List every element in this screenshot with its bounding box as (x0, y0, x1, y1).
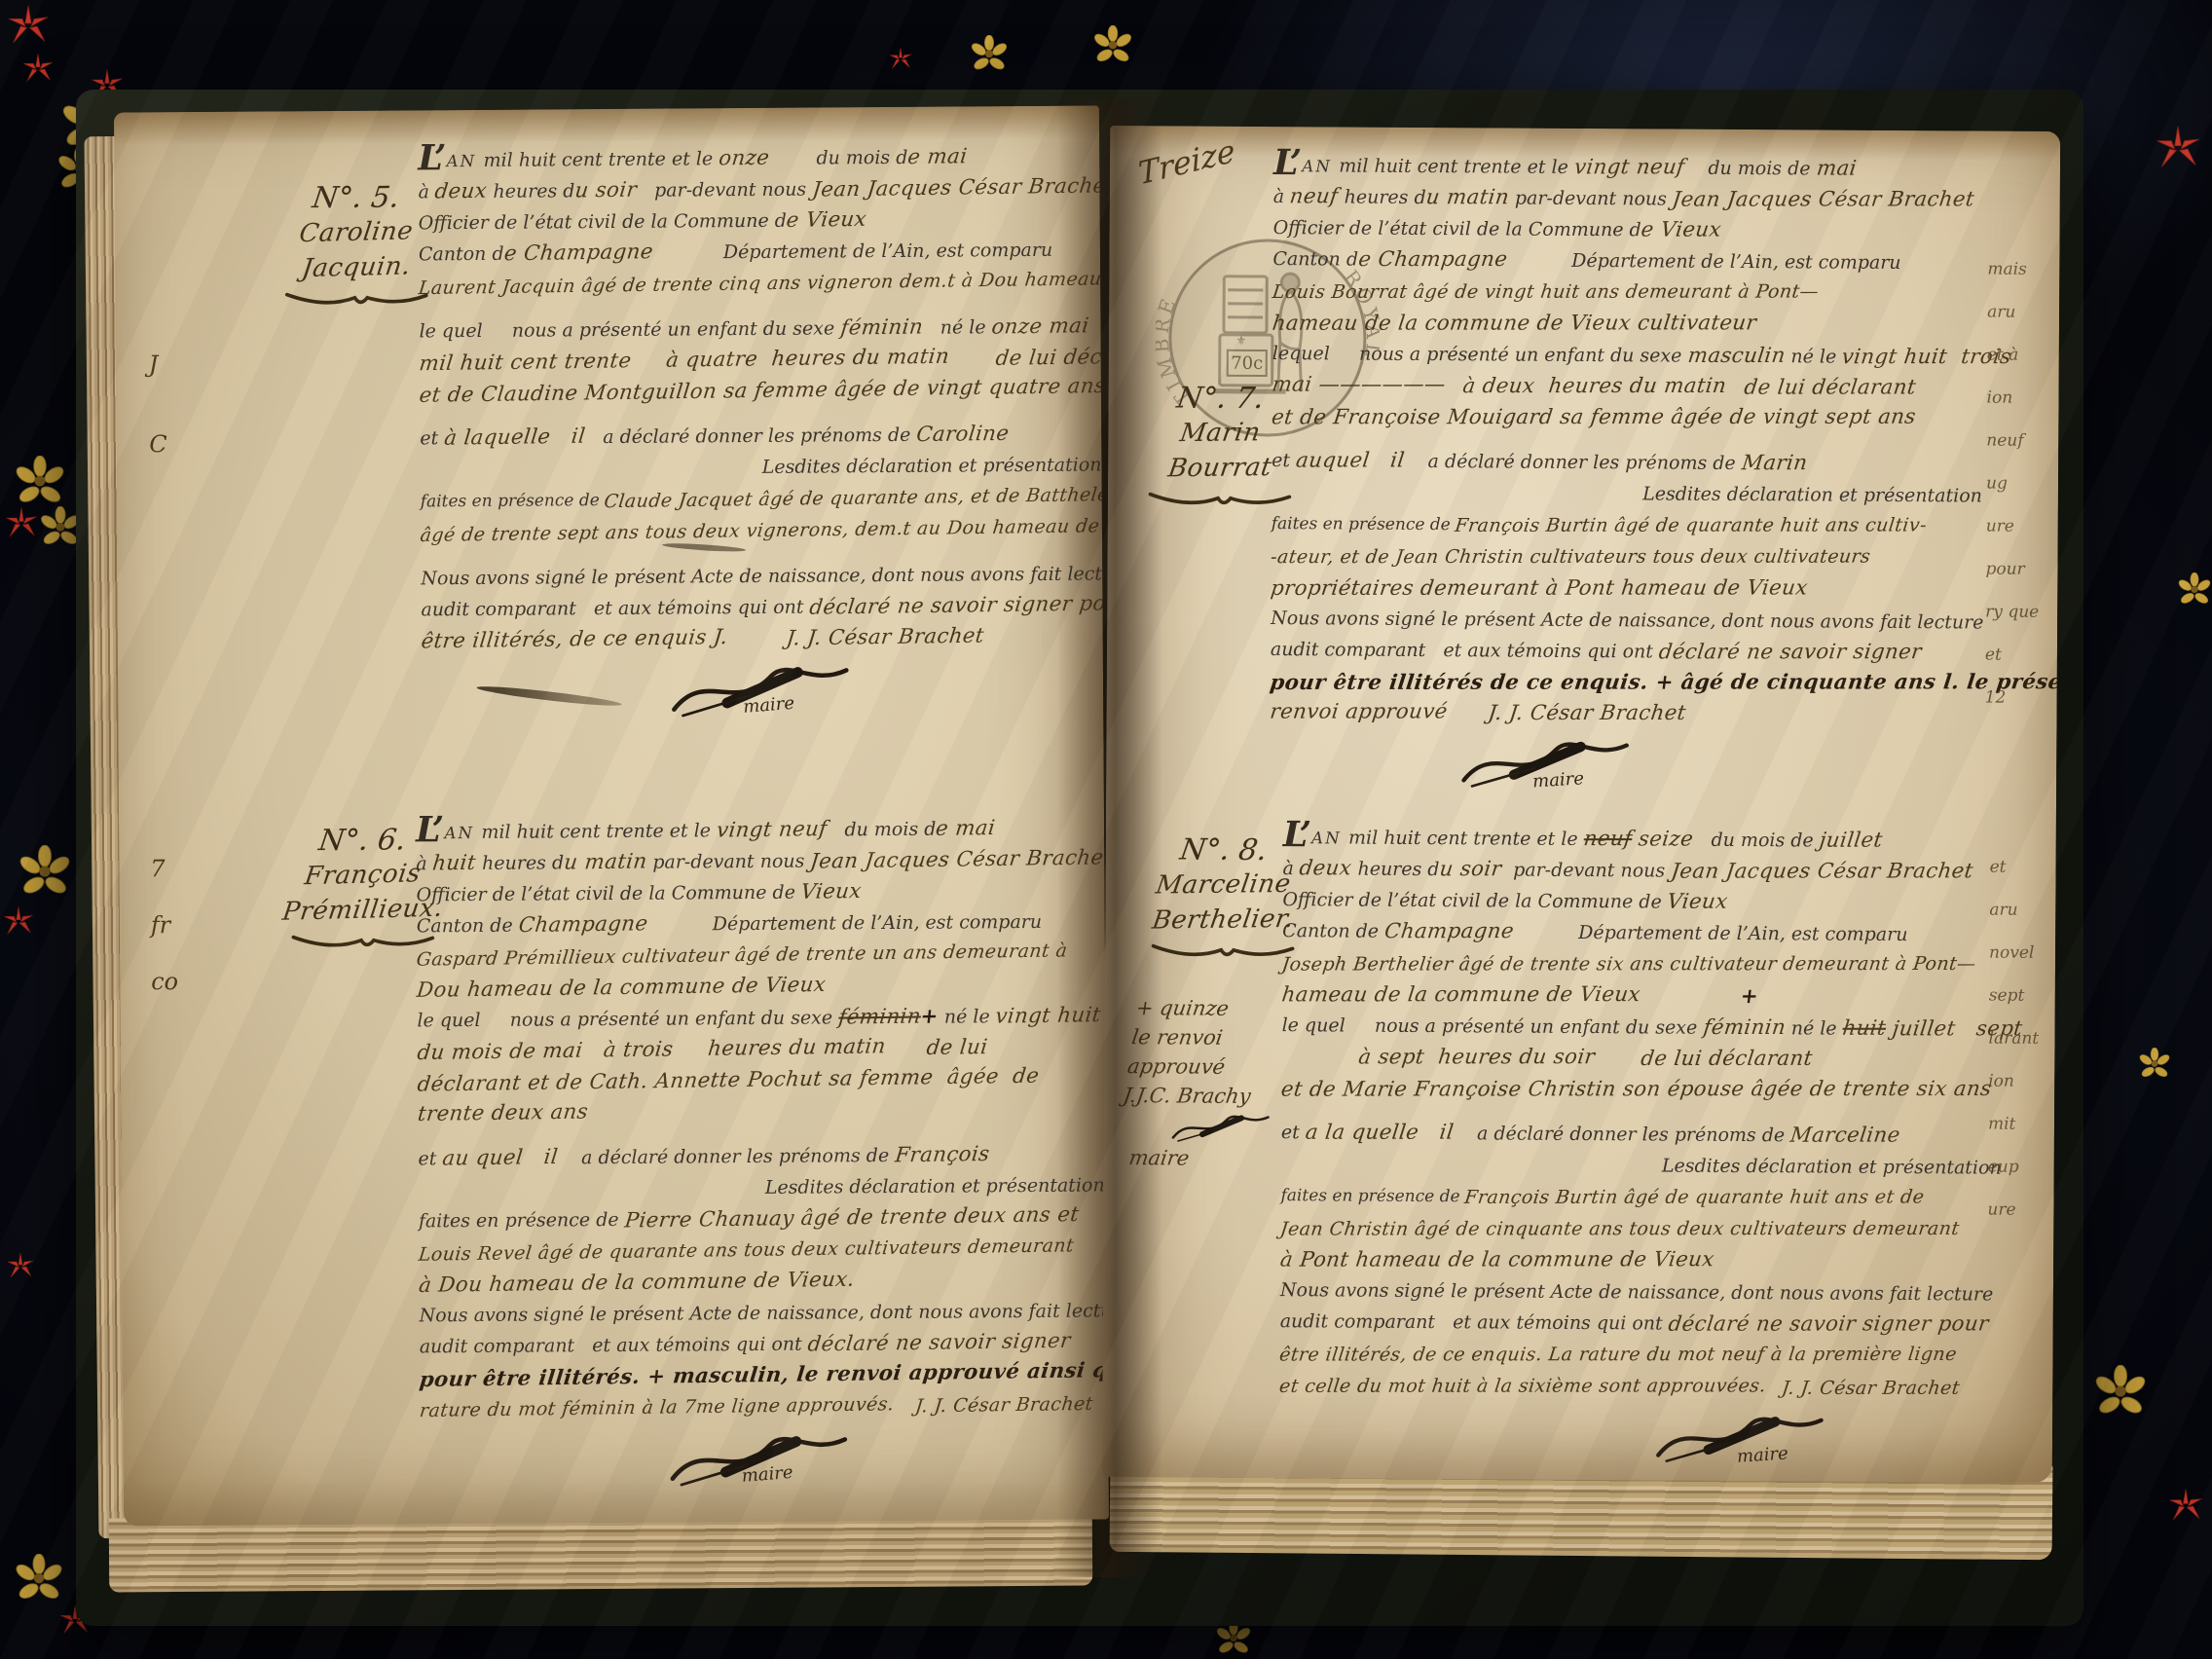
printed-text: et (418, 1148, 442, 1169)
printed-text: Département de l’Ain, est comparu (647, 911, 1042, 936)
text-line: Joseph Berthelier âgé de trente six ans … (1282, 946, 2003, 983)
embroidered-red-flower (2154, 125, 2202, 173)
list-item: aru (1989, 889, 2053, 932)
list-item: aru (1987, 291, 2057, 334)
handwritten-text: Caroline (915, 419, 1012, 451)
embroidered-gold-flower (14, 456, 66, 508)
handwritten-text: e mai (935, 813, 998, 845)
text-line: Lesdites déclaration et présentation (1281, 1148, 2002, 1184)
printed-text: faites en présence de (421, 491, 606, 511)
text-line: Louis Revel âgé de quarante ans tous deu… (419, 1232, 1105, 1269)
printed-text: AN (1302, 156, 1339, 175)
handwritten-text: Louis Revel âgé de quarante ans tous deu… (417, 1230, 1076, 1270)
printed-text: du mois de (1684, 158, 1817, 180)
text-line: Nous avons signé le présent Acte de nais… (1271, 603, 1981, 638)
printed-text: et (420, 427, 444, 449)
handwritten-text: au quel il (441, 1142, 560, 1175)
printed-text: par-devant nous (646, 851, 810, 873)
list-item: ure (1986, 505, 2056, 548)
handwritten-text: féminin (1701, 1013, 1787, 1044)
text-line: L’AN mil huit cent trente et le neuf sei… (1283, 822, 2004, 858)
handwritten-text: Jean Jacques César Brachet (1669, 856, 1974, 887)
handwritten-text: Jean Christin âgé de cinquante ans tous … (1278, 1213, 1961, 1245)
text-line: pour être illitérés. + masculin, le renv… (420, 1357, 1106, 1393)
printed-text: L’ (1283, 813, 1312, 855)
text-line: audit comparant et aux témoins qui ont d… (1280, 1306, 2001, 1342)
printed-text: du mois d (827, 819, 936, 841)
embroidered-red-flower (2, 905, 35, 939)
handwritten-text: propriétaires demeurant à Pont hameau de… (1269, 573, 1809, 605)
text-line: être illitérés, de ce enquis. La rature … (1279, 1337, 2000, 1374)
printed-text (1726, 377, 1744, 398)
handwritten-text: vingt neuf (1572, 152, 1686, 183)
handwritten-text: e Champagne (502, 237, 654, 270)
act5-signature: maire (422, 657, 1103, 726)
svg-text:⚜: ⚜ (1235, 334, 1246, 348)
printed-text: du mois de (1693, 829, 1819, 852)
embroidered-gold-flower (18, 845, 72, 900)
printed-text (727, 628, 787, 649)
text-line: et à laquelle il a déclaré donner les pr… (420, 418, 1101, 454)
margin-flourish (283, 286, 429, 309)
printed-text: a déclaré donner les prénoms de (558, 1145, 895, 1168)
printed-text: et (1272, 450, 1296, 471)
printed-text: Officier de l’état civil de la Commune d (1273, 217, 1641, 240)
text-line: Lesdites déclaration et présentation (1272, 476, 1982, 511)
handwritten-text: trente deux ans (416, 1097, 589, 1130)
printed-text: du mois d (769, 147, 907, 169)
signature-title: maire (1736, 1443, 1788, 1466)
printed-text: faites en présence de (1280, 1186, 1465, 1206)
printed-text: Département de l’Ain, est comparu (1507, 250, 1901, 274)
handwritten-text: e mai (906, 141, 970, 173)
printed-text: audit comparant et aux témoins qui ont (421, 597, 809, 621)
text-line: Officier de l’état civil de la Commune d… (1273, 212, 1984, 247)
handwritten-text: âgé de trente sept ans tous deux vignero… (419, 509, 1109, 551)
handwritten-text: u matin (562, 846, 648, 878)
embroidered-gold-flower (14, 1554, 64, 1604)
text-line: lequel nous a présenté un enfant du sexe… (1272, 338, 1983, 373)
printed-text: a déclaré donner les prénoms de (1454, 1123, 1790, 1146)
text-line: et de Claudine Montguillon sa femme âgée… (420, 373, 1101, 409)
handwritten-text: mai —————— (1271, 370, 1448, 401)
printed-text: lequel nous a présenté un enfant du sexe (1272, 343, 1688, 367)
text-line: Canton de Champagne Département de l’Ain… (1282, 915, 2003, 951)
embroidered-red-flower (2167, 1488, 2204, 1525)
act6-side-marks: 7frco (150, 840, 178, 1010)
printed-text: L’ (1273, 141, 1303, 183)
handwritten-text: seize (1630, 824, 1695, 855)
printed-text: le quel nous a présenté un enfant du sex… (417, 1007, 838, 1031)
handwritten-text: u soir (1438, 854, 1504, 885)
handwritten-text: deux (1298, 853, 1353, 884)
printed-text: Lesdites déclaration et présentation (762, 454, 1102, 477)
list-item: novel (1989, 932, 2053, 975)
handwritten-text: deux (433, 176, 489, 208)
list-item: sept (1989, 975, 2053, 1017)
list-item: co (151, 953, 178, 1010)
act5-side-marks: JC (148, 324, 167, 484)
text-line: Gaspard Prémillieux cultivateur âgé de t… (417, 937, 1103, 974)
embroidered-gold-flower (970, 35, 1009, 74)
list-item: ry que (1985, 591, 2055, 634)
list-item: et à (1987, 334, 2057, 377)
act7-lines: L’AN mil huit cent trente et le vingt ne… (1270, 150, 1984, 731)
text-line: Louis Bourrat âgé de vingt huit ans deme… (1272, 275, 1983, 311)
printed-text: Lesdites déclaration et présentation (765, 1174, 1105, 1198)
handwritten-text: onze mai (990, 311, 1090, 343)
text-line: le quel nous a présenté un enfant du sex… (419, 311, 1100, 347)
handwritten-text: Louis Bourrat âgé de vingt huit ans deme… (1271, 276, 1821, 308)
printed-text (1641, 985, 1741, 1008)
embroidered-gold-flower (2093, 1365, 2148, 1419)
text-line: Canton de Champagne Département de l’Ain… (1272, 243, 1983, 278)
text-line: à huit heures du matin par-devant nous J… (416, 843, 1102, 879)
printed-text: mil huit cent trente et le (481, 820, 717, 843)
act8-body: L’AN mil huit cent trente et le neuf sei… (1279, 822, 2004, 1476)
handwritten-text: Marceline (1788, 1121, 1902, 1152)
text-line: audit comparant et aux témoins qui ont d… (1271, 634, 1981, 669)
list-item: ug (1986, 462, 2056, 505)
text-line: Officier de l’état civil de la Commune d… (419, 203, 1100, 239)
handwritten-text: François (893, 1139, 990, 1171)
printed-text (894, 1397, 915, 1417)
handwritten-text: J. J. César Brachet (1487, 698, 1688, 729)
handwritten-text: auquel il (1294, 446, 1406, 477)
text-line: déclarant et de Cath. Annette Pochut sa … (418, 1062, 1104, 1098)
handwritten-text: à Dou hameau de la commune de Vieux. (417, 1265, 856, 1302)
handwritten-text: + (919, 1002, 940, 1033)
printed-text: à (1283, 858, 1301, 879)
text-line: le quel nous a présenté un enfant du sex… (1282, 1010, 2003, 1046)
handwritten-text: à sept heures du soir (1356, 1042, 1597, 1073)
list-item: fr (151, 897, 178, 953)
handwritten-text: e Vieux (1640, 215, 1723, 246)
handwritten-text: Champagne (1382, 916, 1516, 947)
printed-text: Canton de (417, 915, 519, 938)
text-line: L’AN mil huit cent trente et le vingt ne… (416, 812, 1102, 848)
text-line: trente deux ans (418, 1093, 1104, 1129)
handwritten-text: à Pont hameau de la commune de Vieux (1278, 1244, 1716, 1275)
list-item: mais (1987, 248, 2057, 291)
printed-text: heures d (1339, 186, 1426, 208)
printed-text (1281, 1046, 1358, 1067)
handwritten-text: Jean Jacques César Brachet (1671, 184, 1976, 215)
printed-text (1766, 1379, 1782, 1398)
printed-text: AN (444, 823, 481, 842)
text-line: hameau de la commune de Vieux cultivateu… (1272, 307, 1983, 342)
handwritten-text: J. J. César Brachet (913, 1388, 1094, 1422)
handwritten-text: et de Marie Françoise Christin son épous… (1279, 1074, 1993, 1106)
act6-body: L’AN mil huit cent trente et le vingt ne… (416, 812, 1107, 1495)
embroidered-red-flower (6, 4, 51, 49)
handwritten-text: à deux heures du matin (1461, 371, 1729, 402)
handwritten-text: déclaré ne savoir signer (1657, 637, 1924, 668)
signature-title: maire (741, 1462, 793, 1487)
printed-text: heures d (1351, 859, 1439, 881)
list-item: J (148, 324, 166, 404)
list-item: 12 (1985, 677, 2055, 719)
text-line: L’AN mil huit cent trente et le onze du … (418, 140, 1099, 176)
printed-text: Nous avons signé le présent Acte de nais… (420, 1300, 1110, 1326)
embroidered-gold-flower (2177, 572, 2212, 608)
handwritten-text: renvoi approuvé (1269, 697, 1450, 728)
signature-title: maire (1532, 768, 1585, 792)
printed-text: a déclaré donner les prénoms de (585, 424, 916, 448)
margin-signature-flourish (1168, 1110, 1275, 1146)
text-line: à neuf heures du matin par-devant nous J… (1273, 181, 1984, 216)
printed-text: Lesdites déclaration et présentation (1662, 1156, 2002, 1179)
text-line: propriétaires demeurant à Pont hameau de… (1271, 571, 1981, 607)
handwritten-text: onze (717, 143, 770, 175)
printed-text: né le (923, 316, 992, 338)
list-item: eup (1988, 1146, 2052, 1189)
printed-text: audit comparant et aux témoins qui ont (1271, 639, 1659, 662)
text-line: à deux heures du soir par-devant nous Je… (418, 171, 1099, 207)
text-line: -ateur, et de Jean Christin cultivateurs… (1271, 539, 1981, 575)
printed-text: Officier de l’état civil de la Commune d (419, 210, 787, 235)
text-line: Jean Christin âgé de cinquante ans tous … (1280, 1211, 2001, 1248)
act8-lines: L’AN mil huit cent trente et le neuf sei… (1279, 822, 2004, 1406)
handwritten-text: e Vieux (785, 204, 868, 237)
list-item: ion (1988, 1060, 2052, 1103)
handwritten-text: J. J. César Brachet (1780, 1373, 1962, 1404)
handwritten-text: huit (1841, 1014, 1888, 1045)
printed-text: L’ (416, 808, 445, 850)
text-line: Officier de l’état civil de la Commune d… (416, 874, 1102, 910)
handwritten-text: de lui (925, 1032, 989, 1064)
act8-edge-fragments: etarunovelseptlarantionmiteupure (1987, 846, 2053, 1232)
handwritten-text: e Champagne (1356, 244, 1509, 276)
list-item: ure (1987, 1189, 2051, 1232)
printed-text: AN (447, 151, 484, 170)
printed-text: né le (1786, 1017, 1843, 1039)
act7-signature: maire (1270, 733, 1980, 801)
handwritten-text: Champagne (517, 908, 649, 941)
text-line: et au quel il a déclaré donner les préno… (418, 1138, 1104, 1174)
printed-text: Nous avons signé le présent Acte de nais… (1271, 608, 1983, 633)
list-item: et (1985, 634, 2055, 677)
printed-text: le quel nous a présenté un enfant du sex… (1282, 1014, 1704, 1039)
embroidered-red-flower (4, 506, 39, 541)
printed-text: Officier de l’état civil de la Commune d… (1282, 889, 1668, 912)
handwritten-text: huit (431, 848, 478, 880)
printed-text: Nous avons signé le présent Acte de nais… (1280, 1279, 1993, 1305)
handwritten-text: rature du mot féminin à la 7me ligne app… (418, 1388, 896, 1426)
printed-text: à (1273, 186, 1291, 207)
act5-lines: L’AN mil huit cent trente et le onze du … (418, 140, 1103, 656)
handwritten-text: à laquelle il (442, 422, 586, 455)
printed-text (885, 1038, 926, 1059)
handwritten-text: de lui déclarant (1640, 1044, 1815, 1075)
printed-text: heures d (476, 852, 564, 874)
text-line: pour être illitérés de ce enquis. + âgé … (1271, 665, 1981, 700)
printed-text: mil huit cent trente et le (1339, 155, 1574, 177)
list-item: pour (1985, 548, 2055, 591)
handwritten-text: vingt neuf (715, 814, 829, 847)
printed-text: L’ (418, 136, 447, 178)
printed-text: Canton d (419, 243, 504, 266)
printed-text (1448, 702, 1489, 723)
handwritten-text: déclaré ne savoir signer pour (1667, 1309, 1991, 1340)
act5-body: L’AN mil huit cent trente et le onze du … (418, 140, 1103, 726)
text-line: à deux heures du soir par-devant nous Je… (1282, 853, 2003, 889)
printed-text: mil huit cent trente et le (1348, 828, 1584, 850)
handwritten-text: a la quelle il (1304, 1118, 1456, 1149)
printed-text: faites en présence de (419, 1209, 625, 1232)
text-line: et a la quelle il a déclaré donner les p… (1281, 1117, 2002, 1153)
text-line: hameau de la commune de Vieux + (1282, 978, 2003, 1014)
text-line: Nous avons signé le présent Acte de nais… (421, 558, 1102, 594)
handwritten-text: féminin (836, 1001, 922, 1033)
list-item: et (1989, 846, 2053, 889)
printed-text (949, 348, 996, 369)
handwritten-text: neuf (1582, 824, 1634, 855)
embroidered-gold-flower (2138, 1048, 2171, 1081)
handwritten-text: déclaré ne savoir signer (806, 1326, 1072, 1361)
printed-text: mil huit cent trente et le (484, 148, 719, 171)
printed-text (1594, 1048, 1641, 1069)
printed-text: par-devant nous (1509, 188, 1673, 210)
embroidered-red-flower (6, 1252, 35, 1281)
printed-text: faites en présence de (1272, 514, 1456, 535)
handwritten-text: hameau de la commune de Vieux (1280, 979, 1642, 1011)
list-item: C (149, 404, 167, 484)
printed-text: audit comparant et aux témoins qui ont (420, 1334, 808, 1358)
text-line: L’AN mil huit cent trente et le vingt ne… (1273, 150, 1984, 185)
margin-flourish (1140, 939, 1306, 961)
text-line: Nous avons signé le présent Acte de nais… (1280, 1274, 2001, 1310)
handwritten-text: féminin (838, 312, 924, 344)
handwritten-text: et celle du mot huit à la sixième sont a… (1277, 1370, 1768, 1401)
handwritten-text: J. J. César Brachet (785, 621, 986, 655)
printed-text: Canton d (1272, 248, 1358, 271)
list-item: neuf (1986, 420, 2056, 462)
embroidered-red-flower (21, 53, 55, 86)
list-item: larant (1988, 1017, 2052, 1060)
act7-edge-fragments: maisaruet àionneufugurepourry queet12 (1985, 248, 2058, 719)
handwritten-text: être illitérés, de ce enquis. La rature … (1277, 1339, 1959, 1371)
handwritten-text: de lui déclarant (1742, 372, 1917, 403)
act8-signature: maire (1279, 1407, 2000, 1476)
text-line: le quel nous a présenté un enfant du sex… (417, 1000, 1103, 1036)
printed-text: né le (939, 1006, 996, 1027)
stamp-value: 70c (1231, 353, 1263, 374)
list-item: 7 (150, 840, 177, 897)
handwritten-text: Vieux (1666, 887, 1730, 918)
handwritten-text: de lui déclarant (994, 341, 1109, 374)
handwritten-text: Jean Jacques César Brachet (810, 170, 1109, 205)
handwritten-text: François Burtin âgé de quarante huit ans… (1454, 509, 1929, 540)
printed-text: Département de l’Ain, est comparu (1514, 922, 1908, 945)
printed-text: par-devant nous (637, 179, 812, 202)
handwritten-text: déclaré ne savoir signer pour (808, 588, 1109, 624)
handwritten-text: Gaspard Prémillieux cultivateur âgé de t… (415, 935, 1069, 975)
handwritten-text: être illitérés, de ce enquis J. (420, 622, 729, 657)
printed-text: à (416, 853, 433, 874)
handwritten-text: vingt huit (994, 1000, 1103, 1033)
handwritten-text: Dou hameau de la commune de Vieux (415, 970, 828, 1007)
handwritten-text: masculin (1685, 341, 1787, 372)
embroidered-gold-flower (1092, 25, 1133, 66)
printed-text: audit comparant et aux témoins qui ont (1280, 1310, 1669, 1334)
printed-text: le quel nous a présenté un enfant du sex… (419, 317, 840, 342)
handwritten-text: pour être illitérés de ce enquis. + âgé … (1268, 667, 2060, 699)
printed-text (1446, 375, 1463, 396)
text-line: et de Marie Françoise Christin son épous… (1281, 1072, 2002, 1108)
printed-text: a déclaré donner les prénoms de (1404, 451, 1741, 474)
printed-text: Département de l’Ain, est comparu (652, 240, 1052, 264)
text-line: Laurent Jacquin âgé de trente cinq ans v… (419, 265, 1100, 302)
printed-text: Lesdites déclaration et présentation (1642, 483, 1982, 506)
text-line: à sept heures du soir de lui déclarant (1281, 1041, 2002, 1077)
signature-title: maire (742, 693, 794, 718)
text-line: et auquel il a déclaré donner les prénom… (1272, 445, 1982, 480)
printed-text: Canton de (1282, 920, 1384, 942)
text-line: Dou hameau de la commune de Vieux (417, 969, 1103, 1005)
handwritten-text: juillet (1818, 826, 1885, 857)
act6-signature: maire (420, 1426, 1106, 1495)
text-line: et celle du mot huit à la sixième sont a… (1279, 1369, 2000, 1406)
handwritten-text: -ateur, et de Jean Christin cultivateurs… (1269, 541, 1872, 573)
text-line: mai —————— à deux heures du matin de lui… (1272, 369, 1983, 404)
handwritten-text: Joseph Berthelier âgé de trente six ans … (1280, 948, 1978, 980)
handwritten-text: u soir (573, 175, 639, 207)
handwritten-text: hameau de la commune de Vieux cultivateu… (1271, 308, 1758, 339)
text-line: faites en présence de François Burtin âg… (1272, 507, 1982, 543)
handwritten-text: Marin (1740, 448, 1809, 479)
handwritten-text: mai (1815, 154, 1859, 185)
text-line: être illitérés, de ce enquis J. J. J. Cé… (422, 620, 1103, 656)
embroidered-red-flower (888, 47, 913, 72)
handwritten-text: et de Françoise Mouigard sa femme âgée d… (1270, 402, 1917, 434)
text-line: renvoi approuvé J. J. César Brachet (1270, 696, 1980, 731)
printed-text: heures d (487, 180, 574, 203)
page-corner-note: Treize (1137, 131, 1237, 192)
act6-lines: L’AN mil huit cent trente et le vingt ne… (416, 812, 1106, 1425)
left-page: JC N°. 5. CarolineJacquin. L’AN mil huit… (114, 105, 1109, 1526)
right-page: Treize TIMBRE ROYAL (1102, 126, 2060, 1483)
printed-text: Officier de l’état civil de la Commune d… (416, 882, 801, 906)
handwritten-text: + (1738, 981, 1759, 1013)
act7-body: L’AN mil huit cent trente et le vingt ne… (1270, 150, 1984, 801)
printed-text: né le (1785, 346, 1842, 367)
handwritten-text: neuf (1288, 181, 1340, 212)
handwritten-text: François Burtin âgé de quarante huit ans… (1463, 1182, 1927, 1213)
photo-of-open-register: JC N°. 5. CarolineJacquin. L’AN mil huit… (0, 0, 2212, 1659)
text-line: à Pont hameau de la commune de Vieux (1280, 1243, 2001, 1279)
text-line: faites en présence de François Burtin âg… (1280, 1179, 2001, 1216)
list-item: ion (1986, 377, 2056, 420)
printed-text: par-devant nous (1501, 860, 1671, 882)
handwritten-text: Jean Jacques César Brachet (809, 842, 1110, 877)
text-line: à Dou hameau de la commune de Vieux. (419, 1264, 1105, 1300)
text-line: rature du mot féminin à la 7me ligne app… (420, 1388, 1106, 1425)
text-line: et de Françoise Mouigard sa femme âgée d… (1272, 400, 1982, 435)
printed-text: et (1281, 1122, 1306, 1143)
printed-text: Nous avons signé le présent Acte de nais… (421, 563, 1109, 589)
handwritten-text: u matin (1424, 182, 1511, 213)
list-item: mit (1988, 1103, 2052, 1146)
handwritten-text: Vieux (799, 876, 864, 908)
printed-text: AN (1311, 828, 1348, 847)
text-line: âgé de trente sept ans tous deux vignero… (421, 512, 1102, 549)
text-line: Officier de l’état civil de la Commune d… (1282, 884, 2003, 920)
printed-text: à (418, 181, 435, 203)
text-line: audit comparant et aux témoins qui ont d… (421, 589, 1102, 625)
